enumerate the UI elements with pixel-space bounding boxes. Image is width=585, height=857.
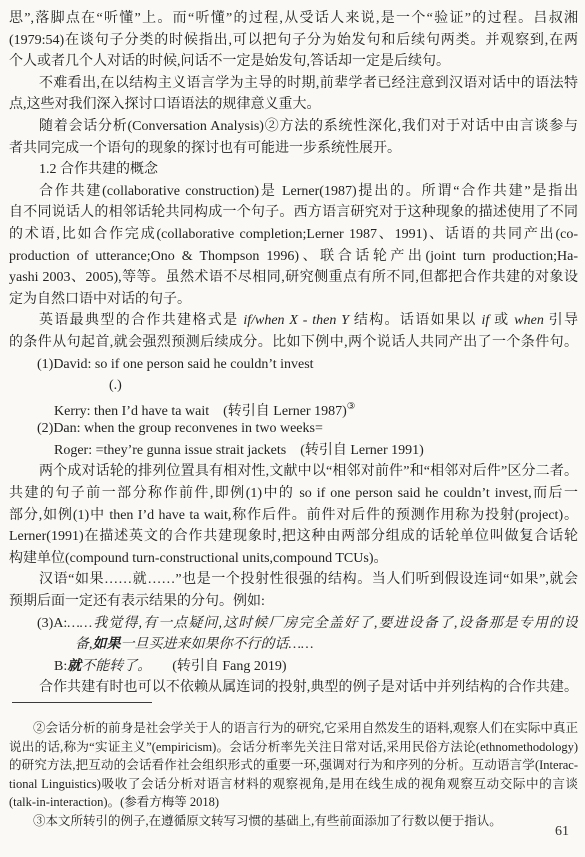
text-segment: 共建的句子前一部分称作前件,即例(1)中的 so if one person s… <box>9 486 578 501</box>
body-line: 个人或者几个人对话的时候,问话不一定是始发句,答话却一定是后续句。 <box>9 51 578 73</box>
text-segment: (1)David: so if one person said he could… <box>37 357 314 372</box>
text-segment: (3)A: <box>37 616 67 631</box>
footnote-2-line: tional Linguistics)吸收了会话分析对语言材料的观察视角,是用在… <box>9 775 578 794</box>
text-segment: 方法的系统性深化,我们对于对话中由言谈参与 <box>279 119 578 134</box>
body-line: 随着会话分析(Conversation Analysis)②方法的系统性深化,我… <box>9 116 578 138</box>
text-segment: 备, <box>75 637 93 652</box>
text-segment: 个人或者几个人对话的时候,问话不一定是始发句,答话却一定是后续句。 <box>9 54 450 69</box>
body-line: Lerner(1991)在描述英文的合作共建现象时,把这种由两部分组成的话轮单位… <box>9 526 578 548</box>
text-segment: 汉语“如果……就……”也是一个投射性很强的结构。当人们听到假设连词“如果”,就会 <box>39 572 578 587</box>
body-line: 合作共建(collaborative construction)是 Lerner… <box>9 181 578 203</box>
text-segment: if/when X - then Y <box>243 313 349 328</box>
text-segment: 思”,落脚点在“听懂”上。而“听懂”的过程,从受话人来说,是一个“验证”的过程。… <box>9 11 578 26</box>
example-1-line: (.) <box>9 375 578 397</box>
text-segment: 就 <box>67 659 81 674</box>
body-line: 不难看出,在以结构主义语言学为主导的时期,前辈学者已经注意到汉语对话中的语法特 <box>9 73 578 95</box>
body-line: 定为自然口语中对话的句子。 <box>9 289 578 311</box>
text-segment: production of utterance;Ono & Thompson 1… <box>9 249 578 264</box>
text-segment: 说出的话,称为“实证主义”(empiricism)。会话分析率先关注日常对话,采… <box>9 740 578 754</box>
text-segment: 1.2 合作共建的概念 <box>39 162 158 177</box>
footnote-3-line: ③本文所转引的例子,在遵循原文转写习惯的基础上,有些前面添加了行数以便于指认。 <box>9 812 578 831</box>
body-line: 英语最典型的合作共建格式是 if/when X - then Y 结构。话语如果… <box>9 310 578 332</box>
text-segment: 随着会话分析(Conversation Analysis) <box>39 119 264 134</box>
text-segment: 的研究方法,把互动的会话看作社会组织形式的重要一环,强调对行为和序列的分析。互动… <box>9 758 578 772</box>
text-segment: (2)Dan: when the group reconvenes in two… <box>37 421 323 436</box>
text-segment: 英语最典型的合作共建格式是 <box>39 313 243 328</box>
text-segment: Kerry: then I’d have ta wait (转引自 Lerner… <box>54 404 347 419</box>
text-segment: 预期后面一定还有表示结果的分句。例如: <box>9 594 265 609</box>
body-line: (1979:54)在谈句子分类的时候指出,可以把句子分为始发句和后续句两类。并观… <box>9 30 578 52</box>
text-segment: 者共同完成一个语句的现象的探讨也有可能进一步系统性展开。 <box>9 141 401 156</box>
text-segment: 构建单位(compound turn-constructional units,… <box>9 551 387 566</box>
text-segment: Lerner(1991)在描述英文的合作共建现象时,把这种由两部分组成的话轮单位… <box>9 529 578 544</box>
text-segment: ……我觉得,有一点疑问,这时候厂房完全盖好了,要进设备了,设备那是专用的设 <box>67 616 578 631</box>
text-segment: 合作共建(collaborative construction)是 Lerner… <box>39 184 578 199</box>
body-line: 者共同完成一个语句的现象的探讨也有可能进一步系统性展开。 <box>9 138 578 160</box>
body-line: 部分,如例(1)中 then I’d have ta wait,称作后件。前件对… <box>9 505 578 527</box>
text-segment: 不能转了。 <box>81 659 144 674</box>
page-number: 61 <box>555 824 569 840</box>
example-2-line: Roger: =they’re gunna issue strait jacke… <box>9 440 578 462</box>
text-segment: 引导 <box>544 313 578 328</box>
text-segment: 不难看出,在以结构主义语言学为主导的时期,前辈学者已经注意到汉语对话中的语法特 <box>39 76 578 91</box>
text-segment: when <box>514 313 544 328</box>
text-segment: Roger: =they’re gunna issue strait jacke… <box>54 443 424 458</box>
text-segment: ②会话分析的前身是社会学关于人的语言行为的研究,它采用自然发生的语料,观察人们在… <box>33 721 578 735</box>
footnote-ref-3: ③ <box>347 402 356 412</box>
text-segment: 一旦买进来如果你不行的话…… <box>121 637 314 652</box>
body-line: 共建的句子前一部分称作前件,即例(1)中的 so if one person s… <box>9 483 578 505</box>
footnote-2-line: 的研究方法,把互动的会话看作社会组织形式的重要一环,强调对行为和序列的分析。互动… <box>9 756 578 775</box>
footnote-2-line: (talk-in-interaction)。(参看方梅等 2018) <box>9 793 578 812</box>
text-segment: (转引自 Fang 2019) <box>144 659 286 674</box>
example-3-line: B:就不能转了。 (转引自 Fang 2019) <box>9 656 578 678</box>
text-segment: 的术语,比如合作完成(collaborative completion;Lern… <box>9 227 578 242</box>
body-line: yashi 2003、2005),等等。虽然术语不尽相同,研究侧重点有所不同,但… <box>9 267 578 289</box>
body-line: 汉语“如果……就……”也是一个投射性很强的结构。当人们听到假设连词“如果”,就会 <box>9 569 578 591</box>
footnote-2-line: ②会话分析的前身是社会学关于人的语言行为的研究,它采用自然发生的语料,观察人们在… <box>9 719 578 738</box>
text-segment: 如果 <box>93 637 121 652</box>
document-page: 思”,落脚点在“听懂”上。而“听懂”的过程,从受话人来说,是一个“验证”的过程。… <box>0 0 585 857</box>
text-segment: ③本文所转引的例子,在遵循原文转写习惯的基础上,有些前面添加了行数以便于指认。 <box>33 814 502 828</box>
body-line: 合作共建有时也可以不依赖从属连词的投射,典型的例子是对话中并列结构的合作共建。 <box>9 677 578 699</box>
section-heading-1-2: 1.2 合作共建的概念 <box>9 159 578 181</box>
text-segment: B: <box>54 659 67 674</box>
text-segment: 结构。话语如果以 <box>349 313 481 328</box>
text-segment: 两个成对话轮的排列位置具有相对性,文献中以“相邻对前件”和“相邻对后件”区分二者… <box>39 464 578 479</box>
body-line: 预期后面一定还有表示结果的分句。例如: <box>9 591 578 613</box>
text-segment: (talk-in-interaction)。(参看方梅等 2018) <box>9 795 219 809</box>
text-segment: (.) <box>109 378 122 393</box>
example-3-line: 备,如果一旦买进来如果你不行的话…… <box>9 634 578 656</box>
body-line: 思”,落脚点在“听懂”上。而“听懂”的过程,从受话人来说,是一个“验证”的过程。… <box>9 8 578 30</box>
body-line: 两个成对话轮的排列位置具有相对性,文献中以“相邻对前件”和“相邻对后件”区分二者… <box>9 461 578 483</box>
footnote-ref-2: ② <box>264 119 280 134</box>
example-1-line: (1)David: so if one person said he could… <box>9 354 578 376</box>
text-segment: 定为自然口语中对话的句子。 <box>9 292 191 307</box>
example-2-line: (2)Dan: when the group reconvenes in two… <box>9 418 578 440</box>
text-segment: 部分,如例(1)中 then I’d have ta wait,称作后件。前件对… <box>9 508 578 523</box>
text-segment: yashi 2003、2005),等等。虽然术语不尽相同,研究侧重点有所不同,但… <box>9 270 578 285</box>
text-segment: 的条件从句起首,就会强烈预测后续成分。比如下例中,两个说话人共同产出了一个条件句… <box>9 335 578 350</box>
footnote-2-line: 说出的话,称为“实证主义”(empiricism)。会话分析率先关注日常对话,采… <box>9 738 578 757</box>
body-line: 自不同说话人的相邻话轮共同构成一个句子。西方语言研究对于这种现象的描述使用了不同 <box>9 202 578 224</box>
body-line: production of utterance;Ono & Thompson 1… <box>9 246 578 268</box>
example-1-line: Kerry: then I’d have ta wait (转引自 Lerner… <box>9 397 578 419</box>
body-line: 点,这些对我们深入探讨口语语法的规律意义重大。 <box>9 94 578 116</box>
text-segment: 合作共建有时也可以不依赖从属连词的投射,典型的例子是对话中并列结构的合作共建。 <box>39 680 578 695</box>
body-line: 的条件从句起首,就会强烈预测后续成分。比如下例中,两个说话人共同产出了一个条件句… <box>9 332 578 354</box>
footnotes: ②会话分析的前身是社会学关于人的语言行为的研究,它采用自然发生的语料,观察人们在… <box>9 719 578 831</box>
text-segment: tional Linguistics)吸收了会话分析对语言材料的观察视角,是用在… <box>9 777 578 791</box>
footnote-separator <box>12 702 152 703</box>
body-line: 的术语,比如合作完成(collaborative completion;Lern… <box>9 224 578 246</box>
body-line: 构建单位(compound turn-constructional units,… <box>9 548 578 570</box>
text-segment: 自不同说话人的相邻话轮共同构成一个句子。西方语言研究对于这种现象的描述使用了不同 <box>9 205 578 220</box>
body-text: 思”,落脚点在“听懂”上。而“听懂”的过程,从受话人来说,是一个“验证”的过程。… <box>9 8 578 699</box>
example-3-line: (3)A:……我觉得,有一点疑问,这时候厂房完全盖好了,要进设备了,设备那是专用… <box>9 613 578 635</box>
text-segment: 点,这些对我们深入探讨口语语法的规律意义重大。 <box>9 97 321 112</box>
text-segment: (1979:54)在谈句子分类的时候指出,可以把句子分为始发句和后续句两类。并观… <box>9 33 578 48</box>
text-segment: 或 <box>489 313 514 328</box>
